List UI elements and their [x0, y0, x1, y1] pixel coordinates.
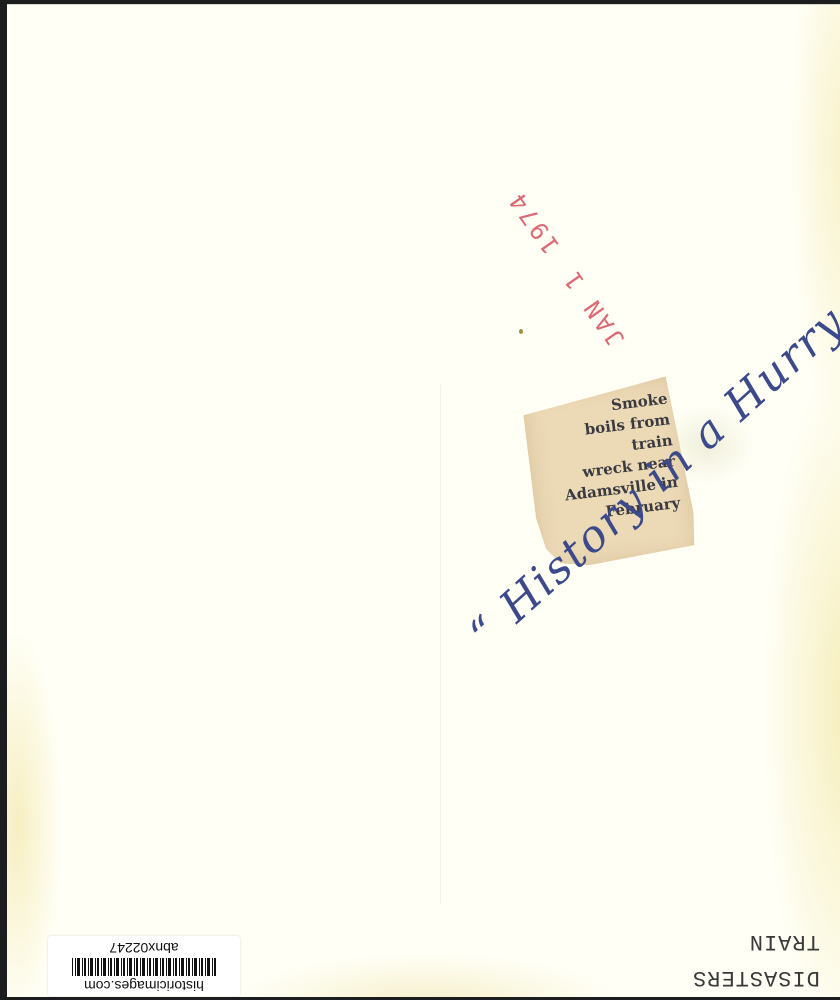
date-stamp: JAN 11974: [510, 196, 630, 351]
category-line-1: DISASTERS: [692, 959, 820, 995]
archive-barcode-label: historicimages.com abnx02247: [48, 936, 240, 996]
date-stamp-year: 1974: [502, 186, 565, 259]
handwritten-note: “ History in a Hurry ”: [460, 269, 840, 659]
paper-fold-line: [440, 385, 441, 905]
category-stamp: DISASTERS TRAIN: [692, 923, 820, 995]
paper-speck: [519, 329, 523, 334]
date-stamp-month-day: JAN 1: [557, 264, 630, 352]
photo-back-paper: JAN 11974 Smoke boils from train wreck n…: [7, 4, 840, 997]
category-line-2: TRAIN: [692, 923, 820, 959]
barcode-icon: [72, 958, 216, 976]
label-item-id: abnx02247: [48, 940, 240, 956]
label-site-text: historicimages.com: [48, 978, 240, 994]
